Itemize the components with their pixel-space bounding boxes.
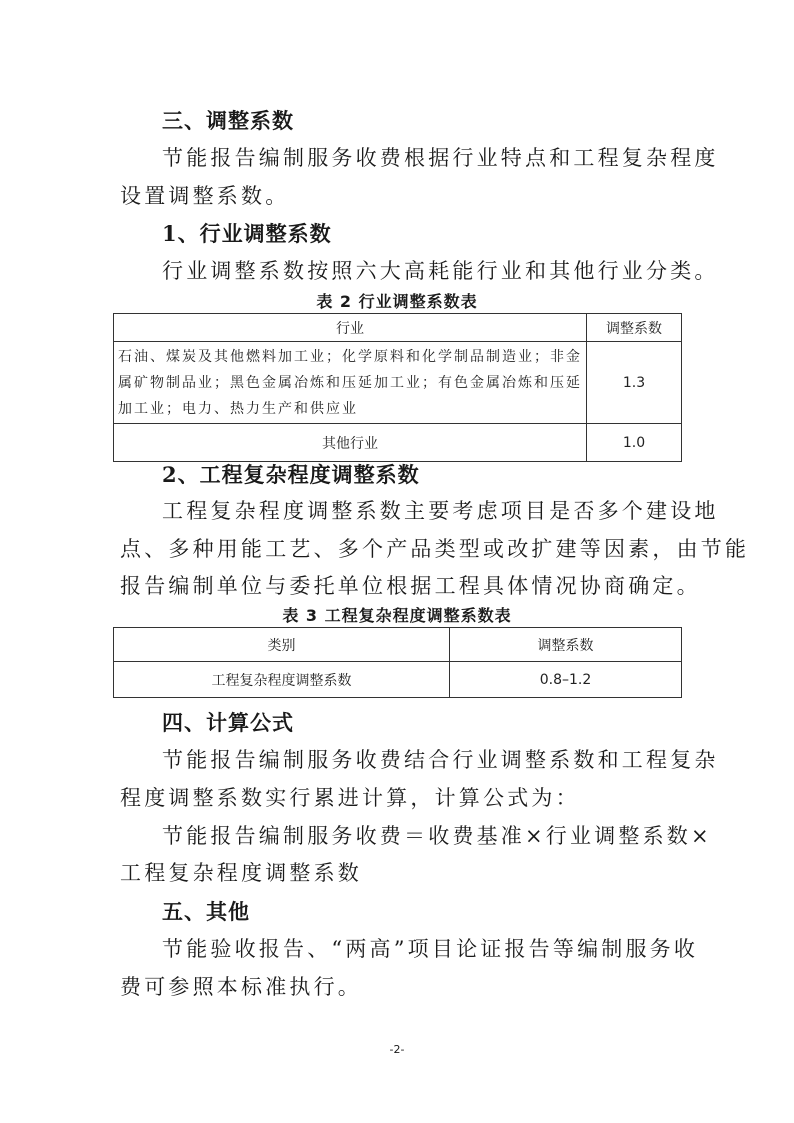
subheading-complexity-coefficient: 2、工程复杂程度调整系数 bbox=[162, 464, 420, 485]
table-row: 其他行业 1.0 bbox=[114, 424, 682, 462]
table-header-row: 类别 调整系数 bbox=[114, 628, 682, 662]
industry-coefficient-table: 行业 调整系数 石油、煤炭及其他燃料加工业；化学原料和化学制品制造业；非金 属矿… bbox=[113, 313, 682, 462]
table2-caption: 表 2 行业调整系数表 bbox=[0, 289, 794, 312]
paragraph-line: 节能报告编制服务收费结合行业调整系数和工程复杂 bbox=[162, 750, 719, 771]
table-row: 石油、煤炭及其他燃料加工业；化学原料和化学制品制造业；非金 属矿物制品业；黑色金… bbox=[114, 342, 682, 424]
section-heading-formula: 四、计算公式 bbox=[162, 712, 294, 733]
paragraph-line: 行业调整系数按照六大高耗能行业和其他行业分类。 bbox=[162, 261, 719, 282]
section-heading-other: 五、其他 bbox=[162, 901, 250, 922]
industry-text-line: 石油、煤炭及其他燃料加工业；化学原料和化学制品制造业；非金 bbox=[118, 344, 582, 370]
table-cell-coefficient: 1.3 bbox=[587, 342, 682, 424]
paragraph-line: 节能验收报告、“两高”项目论证报告等编制服务收 bbox=[162, 939, 698, 960]
table-header-industry: 行业 bbox=[114, 314, 587, 342]
subheading-industry-coefficient: 1、行业调整系数 bbox=[162, 223, 332, 244]
table-cell-coefficient: 1.0 bbox=[587, 424, 682, 462]
table-header-category: 类别 bbox=[114, 628, 450, 662]
paragraph-line: 程度调整系数实行累进计算，计算公式为： bbox=[120, 788, 580, 809]
table-row: 工程复杂程度调整系数 0.8–1.2 bbox=[114, 662, 682, 698]
table-header-coefficient: 调整系数 bbox=[587, 314, 682, 342]
industry-text-line: 属矿物制品业；黑色金属冶炼和压延加工业；有色金属冶炼和压延 bbox=[118, 370, 582, 396]
table3-caption: 表 3 工程复杂程度调整系数表 bbox=[0, 603, 794, 626]
complexity-coefficient-table: 类别 调整系数 工程复杂程度调整系数 0.8–1.2 bbox=[113, 627, 682, 698]
table-header-row: 行业 调整系数 bbox=[114, 314, 682, 342]
paragraph-line: 报告编制单位与委托单位根据工程具体情况协商确定。 bbox=[120, 576, 701, 597]
table-cell-category: 工程复杂程度调整系数 bbox=[114, 662, 450, 698]
paragraph-line: 费可参照本标准执行。 bbox=[120, 977, 362, 998]
formula-line: 节能报告编制服务收费＝收费基准×行业调整系数× bbox=[162, 826, 712, 847]
table-cell-industry: 其他行业 bbox=[114, 424, 587, 462]
section-heading-adjustment-coefficients: 三、调整系数 bbox=[162, 110, 294, 131]
paragraph-line: 设置调整系数。 bbox=[120, 186, 289, 207]
table-header-coefficient: 调整系数 bbox=[450, 628, 682, 662]
paragraph-line: 点、多种用能工艺、多个产品类型或改扩建等因素，由节能 bbox=[120, 539, 749, 560]
table-cell-industry: 石油、煤炭及其他燃料加工业；化学原料和化学制品制造业；非金 属矿物制品业；黑色金… bbox=[114, 342, 587, 424]
paragraph-line: 工程复杂程度调整系数主要考虑项目是否多个建设地 bbox=[162, 501, 719, 522]
page-number: -2- bbox=[0, 1043, 794, 1056]
paragraph-line: 节能报告编制服务收费根据行业特点和工程复杂程度 bbox=[162, 148, 719, 169]
table-cell-coefficient: 0.8–1.2 bbox=[450, 662, 682, 698]
formula-line: 工程复杂程度调整系数 bbox=[120, 863, 362, 884]
industry-text-line: 加工业；电力、热力生产和供应业 bbox=[118, 396, 582, 422]
